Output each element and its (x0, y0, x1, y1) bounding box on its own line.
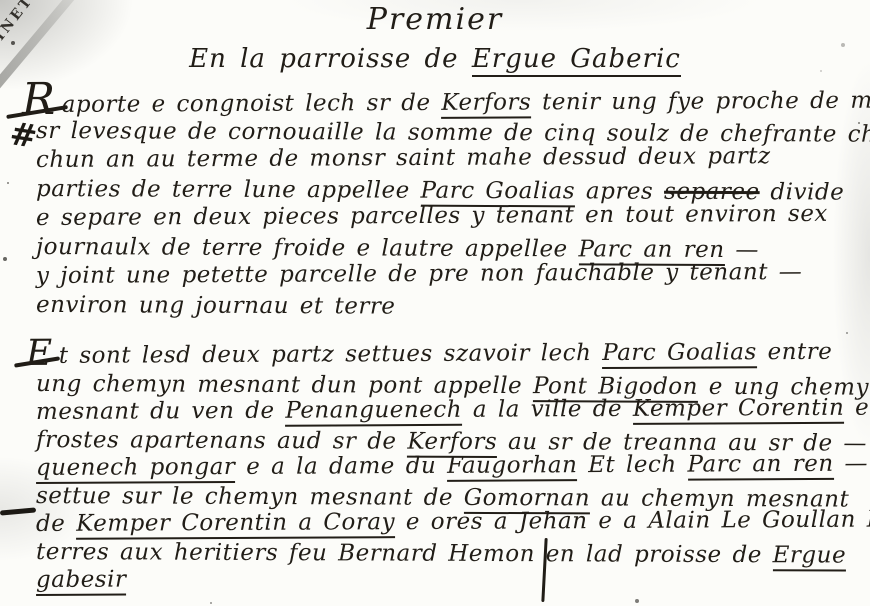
manuscript-line: de Kemper Corentin a Coray e ores a Jeha… (36, 506, 866, 538)
text-segment: tenir ung fye proche de mon (531, 87, 870, 115)
text-segment: a la ville de (462, 396, 633, 423)
margin-dash-mark (0, 507, 36, 515)
text-segment: settue sur le chemyn mesnant de (36, 483, 464, 511)
manuscript-line: gabesir (36, 562, 866, 594)
text-segment: Et lech (577, 452, 687, 479)
underlined-name: gabesir (36, 567, 127, 596)
paragraph-1: Raporte e congnoist lech sr de Kerfors t… (36, 88, 866, 320)
underlined-name: Penanguenech (285, 397, 462, 427)
drop-initial: E (26, 344, 53, 364)
text-segment: aporte e congnoist lech sr de (62, 90, 442, 118)
text-segment: journaulx de terre froide e lautre appel… (36, 234, 579, 262)
text-segment: environ ung journau et terre (36, 292, 396, 320)
underlined-name: quenech pongar (36, 454, 236, 484)
text-segment: e ores — (844, 394, 870, 421)
paragraphs: Raporte e congnoist lech sr de Kerfors t… (36, 88, 866, 594)
text-segment: e a la dame du (235, 453, 447, 480)
text-segment: e ores a Jehan e a Alain Le Goullan Et (395, 507, 870, 536)
underlined-name: Kerfors (441, 89, 531, 118)
manuscript-line: chun an au terme de monsr saint mahe des… (36, 142, 866, 175)
underlined-name: Faugorhan (447, 452, 577, 482)
underlined-name: Parc Goalias (602, 339, 757, 369)
subtitle-prefix: En la parroisse de (189, 44, 472, 74)
text-segment: frostes apartenans aud sr de (36, 427, 408, 455)
manuscript-line: environ ung journau et terre (36, 291, 866, 324)
text-segment: e separe en deux pieces parcelles y tena… (36, 201, 828, 231)
text-segment: entre (757, 339, 833, 365)
underlined-name: Kemper Corentin a Coray (76, 509, 395, 540)
text-segment: y joint une petette parcelle de pre non … (36, 259, 802, 289)
manuscript-line: mesnant du ven de Penanguenech a la vill… (36, 394, 866, 426)
manuscript-line: Et sont lesd deux partz settues szavoir … (36, 338, 866, 370)
ink-speckles (0, 0, 2, 2)
text-segment: de (36, 511, 76, 537)
manuscript-line: y joint une petette parcelle de pre non … (36, 258, 866, 291)
underlined-name: Kemper Corentin (633, 395, 845, 425)
manuscript-line: quenech pongar e a la dame du Faugorhan … (36, 450, 866, 482)
text-segment: parties de terre lune appellee (36, 176, 421, 204)
manuscript-line: e separe en deux pieces parcelles y tena… (36, 200, 866, 233)
drop-initial: R (22, 90, 56, 110)
paragraph-2: Et sont lesd deux partz settues szavoir … (36, 342, 866, 594)
page-subtitle: En la parroisse de Ergue Gaberic (0, 44, 870, 74)
manuscript-page: INET Premier En la parroisse de Ergue Ga… (0, 0, 870, 606)
text-segment: chun an au terme de monsr saint mahe des… (36, 143, 771, 173)
page-title: Premier (0, 2, 870, 37)
underlined-name: Parc an ren (687, 451, 833, 481)
text-segment: t sont lesd deux partz settues szavoir l… (59, 340, 603, 369)
text-segment: mesnant du ven de (36, 398, 285, 425)
parish-name: Ergue Gaberic (472, 44, 681, 77)
manuscript-line: Raporte e congnoist lech sr de Kerfors t… (36, 84, 866, 117)
text-segment: — (834, 451, 868, 477)
